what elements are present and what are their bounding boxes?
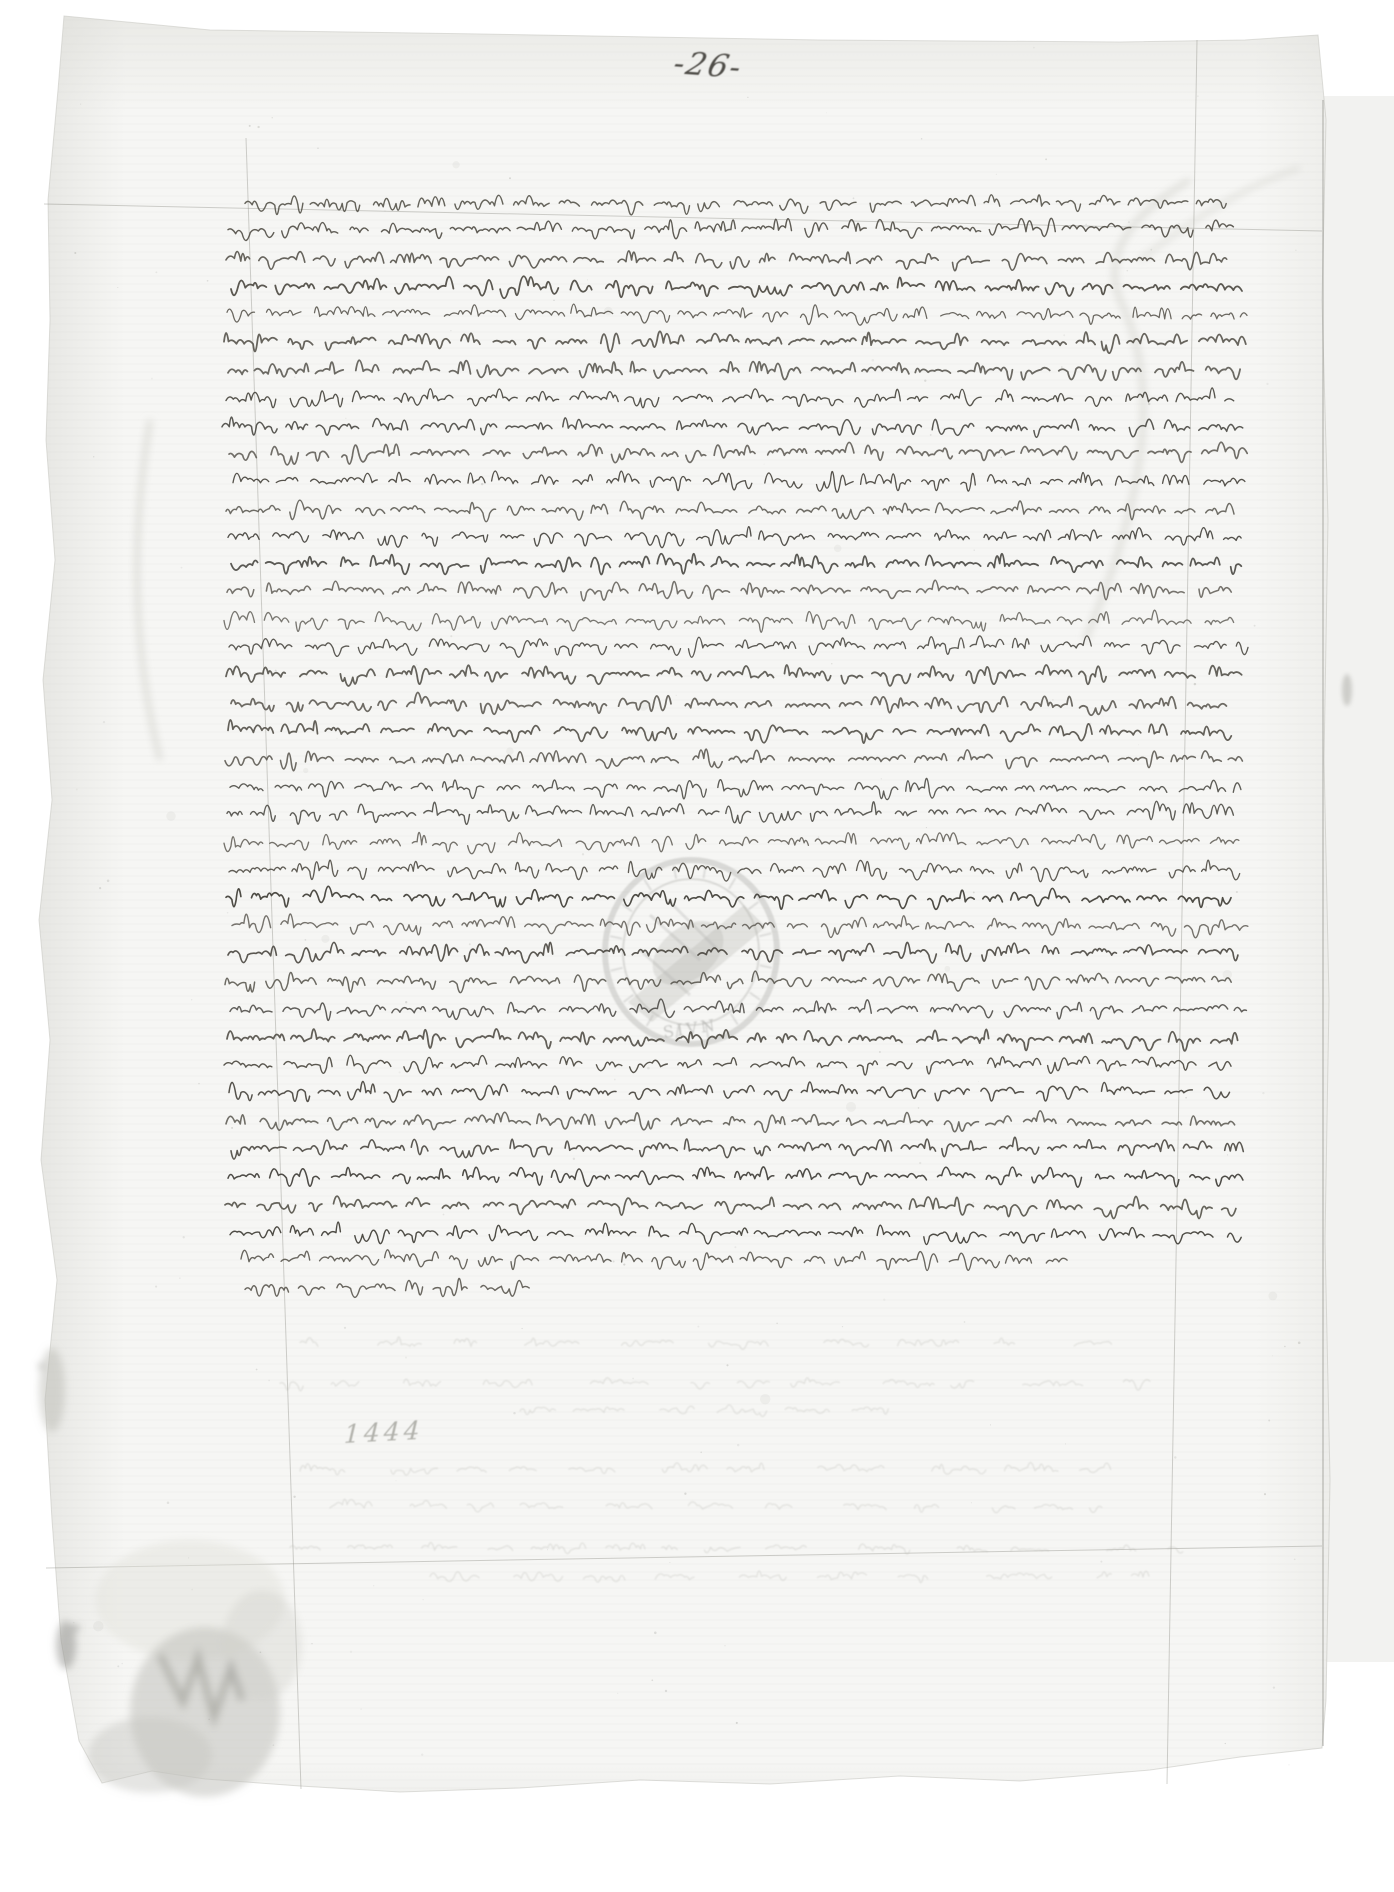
edge-smudge xyxy=(1342,674,1352,706)
underlying-sheet xyxy=(1318,96,1394,1662)
manuscript-scan: SIVN -26- 1444 xyxy=(0,0,1394,1892)
scan-canvas: SIVN xyxy=(0,0,1394,1892)
